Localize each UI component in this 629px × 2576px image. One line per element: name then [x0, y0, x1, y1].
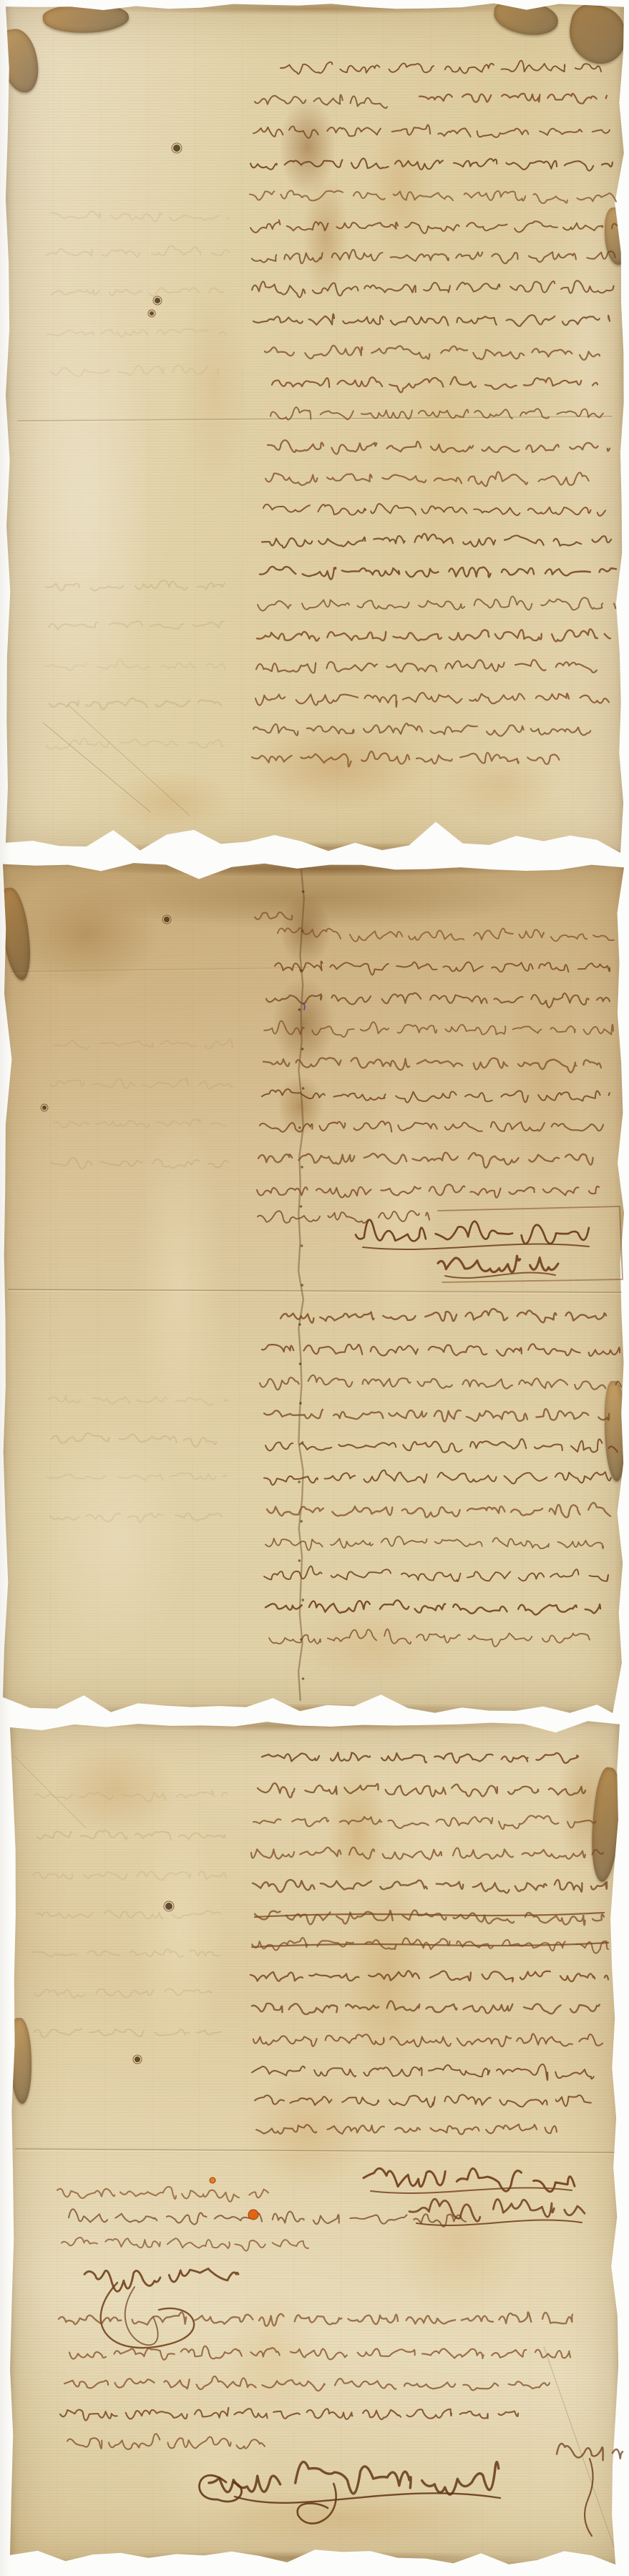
paper-stain	[0, 200, 179, 801]
paper-stain	[7, 1717, 623, 1735]
paper-stain	[268, 79, 347, 215]
torn-paper-flap	[564, 1, 629, 69]
paper-stain	[208, 2261, 336, 2447]
paper-stain	[268, 1063, 333, 1148]
paper-stain	[270, 880, 341, 980]
paper-stain	[0, 857, 629, 880]
paper-stain	[258, 1589, 487, 1703]
paper-stain	[358, 72, 444, 301]
paper-stain	[487, 887, 601, 1259]
paper-stain	[0, 855, 623, 941]
torn-paper-flap	[605, 208, 629, 265]
paper-stain	[0, 1702, 628, 1716]
paper-stain	[0, 855, 186, 1013]
torn-paper-flap	[10, 2018, 31, 2104]
paper-stain	[215, 701, 458, 830]
paper-stain	[129, 2476, 558, 2562]
paper-stain	[129, 2376, 301, 2562]
paper-stain	[343, 1002, 458, 1431]
paper-stain	[114, 1746, 243, 2118]
paper-stain	[365, 2132, 551, 2347]
paper-stain	[329, 1832, 444, 2118]
paper-stain	[315, 1732, 401, 1932]
paper-stain	[422, 737, 580, 837]
torn-paper-flap	[0, 26, 42, 95]
paper-stain	[86, 758, 258, 844]
paper-stain	[0, 2548, 623, 2568]
paper-stain	[165, 229, 265, 544]
torn-paper-flap	[0, 886, 34, 981]
torn-paper-flap	[605, 1381, 626, 1481]
paper-stain	[379, 1717, 479, 2004]
paper-stain	[29, 1724, 200, 1853]
torn-paper-flap	[492, 0, 560, 37]
paper-stain	[394, 258, 494, 630]
paper-stain	[544, 86, 629, 630]
torn-paper-flap	[587, 1766, 626, 1883]
manuscript-sheet-3	[10, 1720, 620, 2565]
paper-stain	[222, 2046, 394, 2218]
paper-stain	[544, 1710, 629, 1896]
paper-stain	[0, 839, 629, 857]
scanned-manuscript	[0, 0, 629, 2576]
manuscript-sheet-2	[3, 863, 624, 1713]
paper-stain	[260, 959, 346, 1088]
paper-stain	[3, 0, 627, 17]
torn-paper-flap	[42, 1, 130, 36]
manuscript-sheet-1	[6, 3, 624, 853]
paper-stain	[293, 150, 358, 322]
paper-stain	[114, 1038, 243, 1538]
paper-stain	[14, 1367, 215, 1710]
